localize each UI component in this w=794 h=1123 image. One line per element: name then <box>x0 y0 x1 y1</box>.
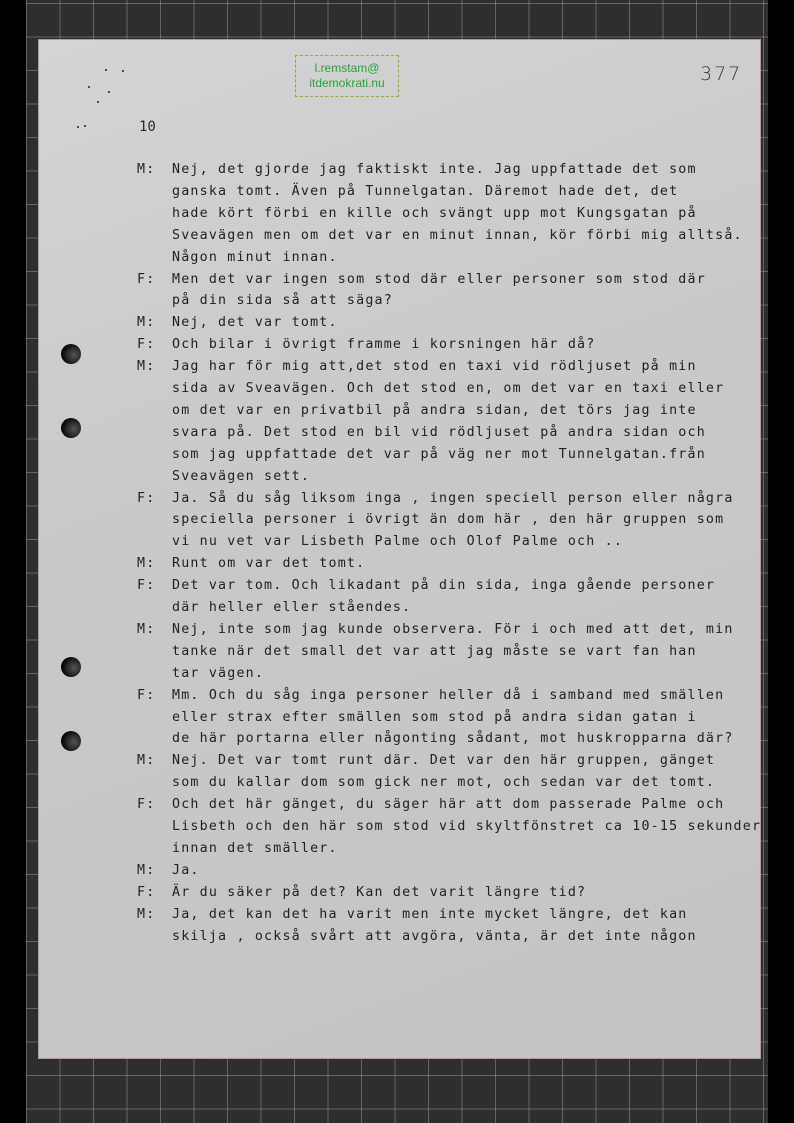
transcript-line: Det var tom. Och likadant på din sida, i… <box>172 576 715 596</box>
transcript-line: Ja. Så du såg liksom inga , ingen specie… <box>172 489 734 509</box>
punch-hole <box>61 657 81 677</box>
speaker-label: F: <box>137 576 155 596</box>
ink-speck <box>88 86 90 88</box>
speaker-label: F: <box>137 335 155 355</box>
transcript-line: Och det här gänget, du säger här att dom… <box>172 795 724 815</box>
transcript-line: om det var en privatbil på andra sidan, … <box>172 401 697 421</box>
ink-speck <box>105 69 107 71</box>
transcript-line: Jag har för mig att,det stod en taxi vid… <box>172 357 697 377</box>
transcript-line: Ja, det kan det ha varit men inte mycket… <box>172 905 688 925</box>
speaker-label: F: <box>137 883 155 903</box>
speaker-label: F: <box>137 489 155 509</box>
speaker-label: M: <box>137 554 155 574</box>
speaker-label: M: <box>137 160 155 180</box>
punch-hole <box>61 344 81 364</box>
transcript-line: Någon minut innan. <box>172 248 338 268</box>
transcript-line: innan det smäller. <box>172 839 338 859</box>
transcript-line: Nej, det var tomt. <box>172 313 338 333</box>
scan-border-right <box>768 0 794 1123</box>
punch-hole <box>61 731 81 751</box>
watermark-stamp: l.remstam@ itdemokrati.nu <box>295 55 399 97</box>
transcript-line: speciella personer i övrigt än dom här ,… <box>172 510 724 530</box>
transcript-line: tanke när det small det var att jag måst… <box>172 642 697 662</box>
transcript-line: Runt om var det tomt. <box>172 554 365 574</box>
transcript-line: Ja. <box>172 861 200 881</box>
ink-speck <box>122 70 124 72</box>
speaker-label: F: <box>137 270 155 290</box>
speaker-label: M: <box>137 313 155 333</box>
punch-hole <box>61 418 81 438</box>
speaker-label: M: <box>137 751 155 771</box>
transcript-line: eller strax efter smällen som stod på an… <box>172 708 697 728</box>
ink-speck <box>84 125 86 127</box>
transcript-line: Nej, inte som jag kunde observera. För i… <box>172 620 734 640</box>
transcript-line: Nej. Det var tomt runt där. Det var den … <box>172 751 715 771</box>
ink-speck <box>108 91 110 93</box>
transcript-line: på din sida så att säga? <box>172 291 393 311</box>
section-number: 10 <box>139 119 156 135</box>
transcript-line: Och bilar i övrigt framme i korsningen h… <box>172 335 595 355</box>
transcript-line: där heller eller ståendes. <box>172 598 411 618</box>
transcript-line: som jag uppfattade det var på väg ner mo… <box>172 445 706 465</box>
transcript-line: sida av Sveavägen. Och det stod en, om d… <box>172 379 724 399</box>
stamp-line-2: itdemokrati.nu <box>296 76 398 91</box>
scan-border-left <box>0 0 26 1123</box>
ink-speck <box>97 101 99 103</box>
transcript-line: Sveavägen sett. <box>172 467 310 487</box>
transcript-line: Sveavägen men om det var en minut innan,… <box>172 226 743 246</box>
transcript-line: tar vägen. <box>172 664 264 684</box>
stamp-line-1: l.remstam@ <box>296 61 398 76</box>
transcript-line: vi nu vet var Lisbeth Palme och Olof Pal… <box>172 532 623 552</box>
transcript-line: Men det var ingen som stod där eller per… <box>172 270 706 290</box>
speaker-label: F: <box>137 795 155 815</box>
transcript-line: de här portarna eller någonting sådant, … <box>172 729 734 749</box>
page-number: 377 <box>700 63 742 85</box>
speaker-label: M: <box>137 861 155 881</box>
transcript-line: Lisbeth och den här som stod vid skyltfö… <box>172 817 761 837</box>
speaker-label: M: <box>137 357 155 377</box>
speaker-label: F: <box>137 686 155 706</box>
transcript-line: Är du säker på det? Kan det varit längre… <box>172 883 586 903</box>
transcript-line: svara på. Det stod en bil vid rödljuset … <box>172 423 706 443</box>
transcript-line: hade kört förbi en kille och svängt upp … <box>172 204 697 224</box>
transcript-line: ganska tomt. Även på Tunnelgatan. Däremo… <box>172 182 678 202</box>
speaker-label: M: <box>137 905 155 925</box>
transcript-line: som du kallar dom som gick ner mot, och … <box>172 773 715 793</box>
transcript-line: skilja , också svårt att avgöra, vänta, … <box>172 927 697 947</box>
ink-speck <box>77 126 79 128</box>
transcript-line: Mm. Och du såg inga personer heller då i… <box>172 686 724 706</box>
speaker-label: M: <box>137 620 155 640</box>
transcript-line: Nej, det gjorde jag faktiskt inte. Jag u… <box>172 160 697 180</box>
